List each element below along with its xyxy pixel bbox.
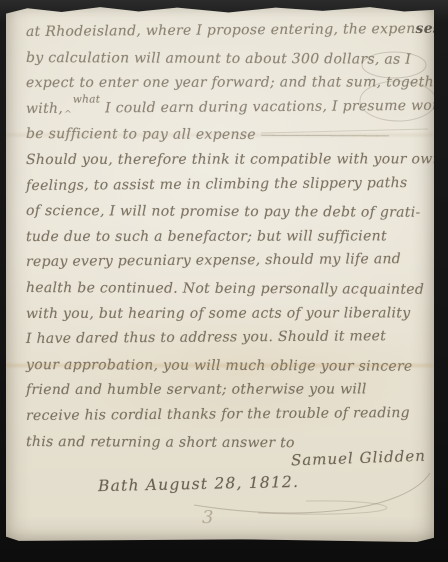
manuscript-line: feelings, to assist me in climbing the s… — [26, 170, 428, 199]
line-text: with, — [26, 100, 63, 116]
manuscript-line: be sufficient to pay all expense ———————… — [26, 122, 428, 149]
scan-background: { "document": { "type": "handwritten-let… — [0, 0, 448, 562]
manuscript-line: your approbation, you will much oblige y… — [26, 353, 428, 380]
letter-page: at Rhodeisland, where I propose entering… — [6, 5, 434, 542]
dateline: Bath August 28, 1812. — [98, 473, 299, 495]
ink-correction: ses — [415, 21, 434, 37]
manuscript-line: with you, but hearing of some acts of yo… — [26, 301, 428, 327]
inserted-word: what — [73, 93, 101, 105]
manuscript-line: by calculation will amount to about 300 … — [26, 46, 428, 73]
page-number-pencil: 3 — [202, 507, 213, 528]
line-text: friend and humble servant; otherwise you… — [26, 382, 367, 399]
manuscript-line: with,^what I could earn during vacations… — [26, 94, 428, 123]
signature: Samuel Glidden — [291, 447, 426, 470]
trailing-rule: ——————————— — [261, 127, 388, 144]
manuscript-line: health be continued. Not being personall… — [26, 276, 428, 303]
line-text: I have dared thus to address you. Should… — [26, 328, 386, 347]
manuscript-line: at Rhodeisland, where I propose entering… — [26, 17, 428, 46]
line-text: health be continued. Not being personall… — [26, 280, 424, 298]
line-text: I could earn during vacations, I presume… — [100, 97, 434, 116]
manuscript-line: receive his cordial thanks for the troub… — [26, 401, 428, 430]
line-text: be sufficient to pay all expense — [26, 126, 261, 143]
manuscript-line: repay every pecuniary expense, should my… — [26, 247, 428, 276]
manuscript-line: Should you, therefore think it compatibl… — [26, 147, 428, 173]
line-text: of science, I will not promise to pay th… — [26, 203, 421, 221]
caret-mark: ^ — [64, 109, 72, 119]
line-text: Should you, therefore think it compatibl… — [26, 151, 434, 168]
line-text: with you, but hearing of some acts of yo… — [26, 305, 410, 322]
line-text: receive his cordial thanks for the troub… — [26, 405, 410, 424]
manuscript-line: I have dared thus to address you. Should… — [26, 324, 428, 353]
line-text: by calculation will amount to about 300 … — [26, 50, 411, 68]
line-text: this and returning a short answer to — [26, 434, 295, 451]
line-text: feelings, to assist me in climbing the s… — [26, 175, 408, 194]
line-text: tude due to such a benefactor; but will … — [26, 228, 387, 245]
line-text: your approbation, you will much oblige y… — [26, 357, 413, 375]
manuscript-line: friend and humble servant; otherwise you… — [26, 378, 428, 404]
line-text: repay every pecuniary expense, should my… — [26, 251, 401, 270]
line-text: at Rhodeisland, where I propose entering… — [26, 21, 416, 40]
line-text: expect to enter one year forward; and th… — [26, 74, 434, 91]
manuscript-line: of science, I will not promise to pay th… — [26, 199, 428, 226]
letter-body: at Rhodeisland, where I propose entering… — [26, 20, 428, 455]
